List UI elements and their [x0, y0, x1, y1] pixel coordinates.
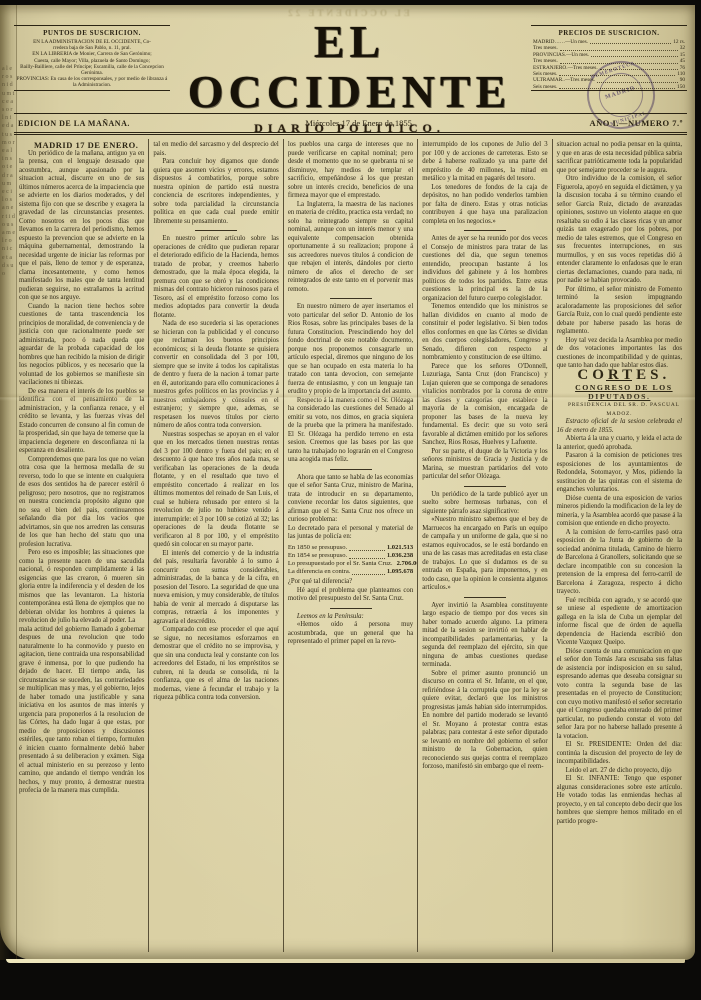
section-divider	[330, 298, 372, 299]
figures-table: En 1850 se presupuso.1.021.513En 1854 se…	[288, 544, 413, 577]
dateline-row: EDICION DE LA MAÑANA. Miércoles 17 de En…	[14, 113, 687, 135]
body-paragraph: El Sr. PRESIDENTE: Orden del dia: contin…	[557, 741, 682, 767]
section-heading: Estracto oficial de la sesion celebrada …	[557, 418, 682, 435]
text-column-4: interrumpido de los cupones de Julio del…	[417, 139, 551, 952]
body-paragraph: Un periódico de la mañana, antiguo ya en…	[19, 150, 144, 303]
issue-date: Miércoles 17 de Enero de 1855.	[305, 118, 414, 128]
body-paragraph: interrumpido de los cupones de Julio del…	[422, 141, 547, 184]
newspaper-title: EL OCCIDENTE	[172, 17, 527, 117]
section-divider	[330, 608, 372, 609]
body-paragraph: Nuestras sospechas se apoyan en el valor…	[153, 431, 278, 550]
dot-leader	[560, 45, 678, 50]
body-paragraph: Pero eso es imposible; las situaciones q…	[19, 549, 144, 626]
figures-row: La diferencia en contra.1.095.678	[288, 568, 413, 576]
dot-leader	[591, 52, 678, 57]
body-paragraph: A la comision de ferro-carriles pasó otr…	[557, 529, 682, 597]
body-paragraph: Respecto á la manera como el Sr. Olózaga…	[288, 397, 413, 465]
section-heading: CORTES.	[557, 371, 682, 380]
price-label: Seis meses.	[533, 84, 557, 90]
dot-leader	[590, 39, 671, 44]
body-paragraph: Comprendemos que para los que no veian o…	[19, 456, 144, 550]
section-heading: Leemos en la Península:	[288, 613, 413, 622]
body-columns: MADRID 17 DE ENERO.Un periódico de la ma…	[15, 139, 686, 952]
figure-value: 2.706.000	[397, 560, 418, 568]
section-heading: CONGRESO DE LOS DIPUTADOS.	[557, 384, 682, 401]
figure-label: La diferencia en contra.	[288, 568, 351, 576]
newspaper-page: EL OCCIDENTE 22 a l e r o s n i d u m t …	[0, 5, 695, 960]
figures-row: Lo presupuestado por el Sr. Santa Cruz.2…	[288, 560, 413, 568]
dot-leader	[349, 552, 385, 559]
section-divider	[464, 486, 506, 487]
body-paragraph: Hoy tal vez decida la Asamblea por medio…	[557, 337, 682, 371]
figure-label: Lo presupuestado por el Sr. Santa Cruz.	[288, 560, 393, 568]
text-column-3: los pueblos una carga de intereses que n…	[283, 139, 417, 952]
text-column-2: tal en medio del sarcasmo y del despreci…	[148, 139, 282, 952]
body-paragraph: El Sr. INFANTE: Tengo que esponer alguna…	[557, 775, 682, 826]
text-column-1: MADRID 17 DE ENERO.Un periódico de la ma…	[15, 139, 148, 952]
body-paragraph: Tenemos entendido que los ministros se h…	[422, 303, 547, 363]
body-paragraph: Fué recibida con agrado, y se acordó que…	[557, 597, 682, 648]
body-paragraph: Lo decretado para el personal y material…	[288, 525, 413, 542]
body-paragraph: Ayer invirtió la Asamblea constituyente …	[422, 602, 547, 670]
body-paragraph: Otro individuo de la comision, el señor …	[557, 175, 682, 286]
body-paragraph: ¿Por qué tal diferencia?	[288, 578, 413, 587]
body-paragraph: mala actitud del gobierno llamado á gobe…	[19, 626, 144, 796]
body-paragraph: Abierta á la una y cuarto, y leida el ac…	[557, 435, 682, 452]
body-paragraph: Ahora que tanto se habla de las economía…	[288, 474, 413, 525]
section-divider	[330, 469, 372, 470]
body-paragraph: «Nuestro ministro sabemos que el bey de …	[422, 516, 547, 593]
body-paragraph: Nada de eso sucederia si las operaciones…	[153, 320, 278, 431]
subscription-prices-title: PRECIOS DE SUSCRICION.	[533, 29, 685, 37]
body-paragraph: Por último, el señor ministro de Fomento…	[557, 286, 682, 337]
body-paragraph: los pueblos una carga de intereses que n…	[288, 141, 413, 201]
body-paragraph: De esa manera el interés de los pueblos …	[19, 388, 144, 456]
body-paragraph: Leido el art. 27 de dicho proyecto, dijo	[557, 767, 682, 776]
body-paragraph: Para concluir hoy digamos que donde quie…	[153, 158, 278, 226]
body-paragraph: Cuando la nacion tiene hechos sobre cues…	[19, 303, 144, 388]
figures-row: En 1854 se presupuso.1.036.238	[288, 552, 413, 560]
body-paragraph: El interés del comercio y de la industri…	[153, 550, 278, 627]
body-paragraph: Pasaron á la comision de peticiones tres…	[557, 452, 682, 495]
text-column-5: situacion actual no podia pensar en la q…	[552, 139, 686, 952]
body-paragraph: En nuestro primer artículo sobre las ope…	[153, 235, 278, 320]
masthead: PUNTOS DE SUSCRICION. EN LA ADMINISTRACI…	[14, 17, 687, 109]
section-divider	[195, 230, 237, 231]
newspaper-scan: { "page": { "show_through": "EL OCCIDENT…	[0, 0, 701, 1000]
body-paragraph: Un periódico de la tarde publicó ayer un…	[422, 491, 547, 517]
body-paragraph: Antes de ayer se ha reunido por dos vece…	[422, 235, 547, 303]
subscription-point-line: Bailly-Bailliere, calle del Príncipe; Es…	[16, 64, 168, 76]
section-heading: PRESIDENCIA DEL SR. D. PASCUAL MADOZ.	[557, 401, 682, 418]
figure-value: 1.095.678	[387, 568, 413, 576]
figure-label: En 1854 se presupuso.	[288, 552, 347, 560]
dot-leader	[352, 568, 384, 575]
subscription-points-box: PUNTOS DE SUSCRICION. EN LA ADMINISTRACI…	[14, 25, 170, 91]
figure-label: En 1850 se presupuso.	[288, 544, 347, 552]
body-paragraph: Dióse cuenta de una esposicion de varios…	[557, 495, 682, 529]
section-divider	[464, 597, 506, 598]
body-paragraph: situacion actual no podia pensar en la q…	[557, 141, 682, 175]
body-paragraph: Comparado con ese proceder el que aquí s…	[153, 626, 278, 703]
issue-number: AÑO I.—NUMERO 7.º	[590, 118, 683, 128]
body-paragraph: tal en medio del sarcasmo y del despreci…	[153, 141, 278, 158]
subscription-point-line: EN LA LIBRERIA de Monier, Carrera de San…	[16, 51, 168, 57]
body-paragraph: En nuestro número de ayer insertamos el …	[288, 303, 413, 397]
body-paragraph: Parece que los señores O'Donnell, Luzuri…	[422, 363, 547, 448]
subscription-point-line: PROVINCIAS: En casa de los corresponsale…	[16, 76, 168, 88]
body-paragraph: Hé aquí el problema que planteamos con m…	[288, 587, 413, 604]
body-paragraph: Por su parte, el duque de la Victoria y …	[422, 448, 547, 482]
body-paragraph: «Hemos oído á persona muy acostumbrada, …	[288, 621, 413, 647]
section-heading: MADRID 17 DE ENERO.	[19, 141, 144, 150]
figures-row: En 1850 se presupuso.1.021.513	[288, 544, 413, 552]
price-value: 150	[677, 84, 685, 90]
body-paragraph: Dióse cuenta de una comunicacion en que …	[557, 648, 682, 742]
subscription-points-lines: EN LA ADMINISTRACION DE EL OCCIDENTE, Co…	[16, 39, 168, 89]
edition-label: EDICION DE LA MAÑANA.	[18, 119, 130, 128]
dot-leader	[349, 544, 385, 551]
body-paragraph: Los tenedores de fondos de la caja de de…	[422, 184, 547, 227]
body-paragraph: Sobre el primer asunto pronunció un disc…	[422, 670, 547, 772]
figure-value: 1.036.238	[387, 552, 413, 560]
subscription-point-line: Cuesta, calle Mayor; Villa, plazuela de …	[16, 58, 168, 64]
subscription-points-title: PUNTOS DE SUSCRICION.	[16, 29, 168, 37]
body-paragraph: La Inglaterra, la maestra de las nacione…	[288, 201, 413, 295]
section-divider	[464, 230, 506, 231]
figure-value: 1.021.513	[387, 544, 413, 552]
